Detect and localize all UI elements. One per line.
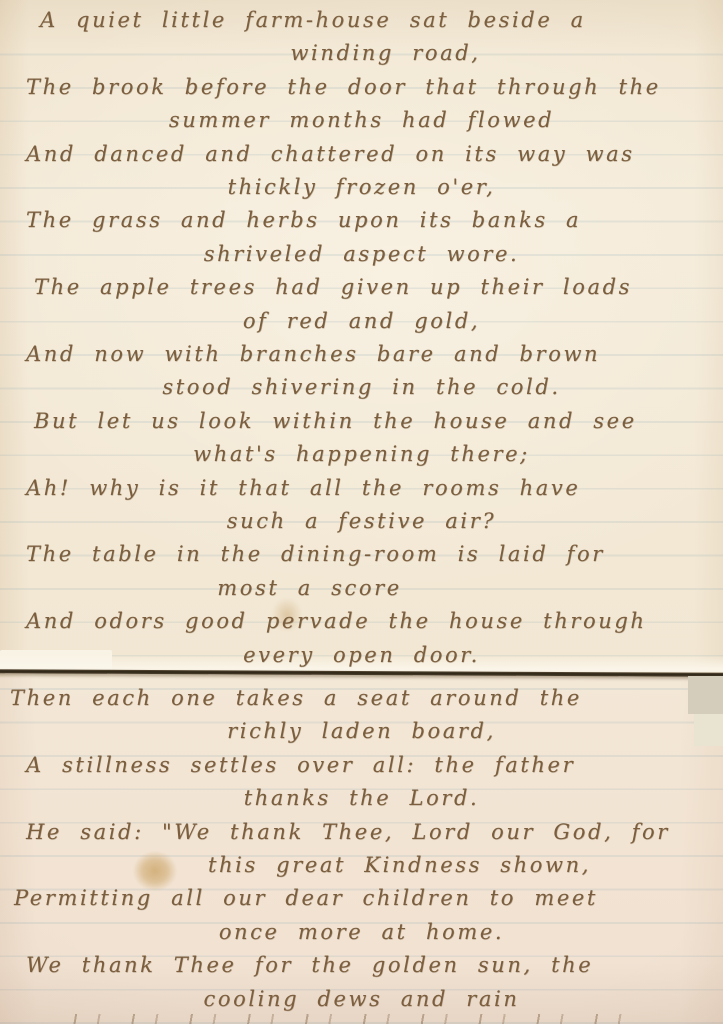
poem-line-10: of red and gold, [0, 304, 723, 338]
poem-line-8: shriveled aspect wore. [0, 237, 723, 271]
poem-text: A quiet little farm-house sat beside awi… [0, 0, 723, 1024]
poem-line-21: Then each one takes a seat around the [0, 681, 723, 715]
poem-line-15: Ah! why is it that all the rooms have [0, 471, 723, 505]
poem-line-11: And now with branches bare and brown [0, 337, 723, 371]
poem-line-25: He said: "We thank Thee, Lord our God, f… [0, 815, 723, 849]
poem-line-17: The table in the dining-room is laid for [0, 537, 723, 571]
manuscript-photo: A quiet little farm-house sat beside awi… [0, 0, 723, 1024]
poem-line-29: We thank Thee for the golden sun, the [0, 948, 723, 982]
poem-line-24: thanks the Lord. [0, 781, 723, 815]
clipped-handwriting-strokes [62, 1014, 652, 1024]
poem-line-20: every open door. [0, 638, 723, 672]
poem-line-3: The brook before the door that through t… [0, 70, 723, 104]
poem-line-19: And odors good pervade the house through [0, 604, 723, 638]
poem-line-18: most a score [0, 571, 671, 605]
poem-line-30: cooling dews and rain [0, 982, 723, 1016]
poem-line-12: stood shivering in the cold. [0, 370, 723, 404]
poem-line-22: richly laden board, [0, 714, 723, 748]
poem-line-28: once more at home. [0, 915, 723, 949]
poem-line-26: this great Kindness shown, [38, 848, 723, 882]
poem-line-7: The grass and herbs upon its banks a [0, 203, 723, 237]
poem-line-13: But let us look within the house and see [0, 404, 723, 438]
poem-line-23: A stillness settles over all: the father [0, 748, 723, 782]
poem-line-4: summer months had flowed [0, 103, 723, 137]
poem-line-14: what's happening there; [0, 437, 723, 471]
poem-line-9: The apple trees had given up their loads [0, 270, 723, 304]
poem-line-27: Permitting all our dear children to meet [0, 881, 723, 915]
poem-line-1: A quiet little farm-house sat beside a [0, 3, 723, 37]
poem-line-2: winding road, [24, 36, 723, 70]
poem-line-6: thickly frozen o'er, [0, 170, 723, 204]
poem-line-5: And danced and chattered on its way was [0, 137, 723, 171]
poem-line-16: such a festive air? [0, 504, 723, 538]
